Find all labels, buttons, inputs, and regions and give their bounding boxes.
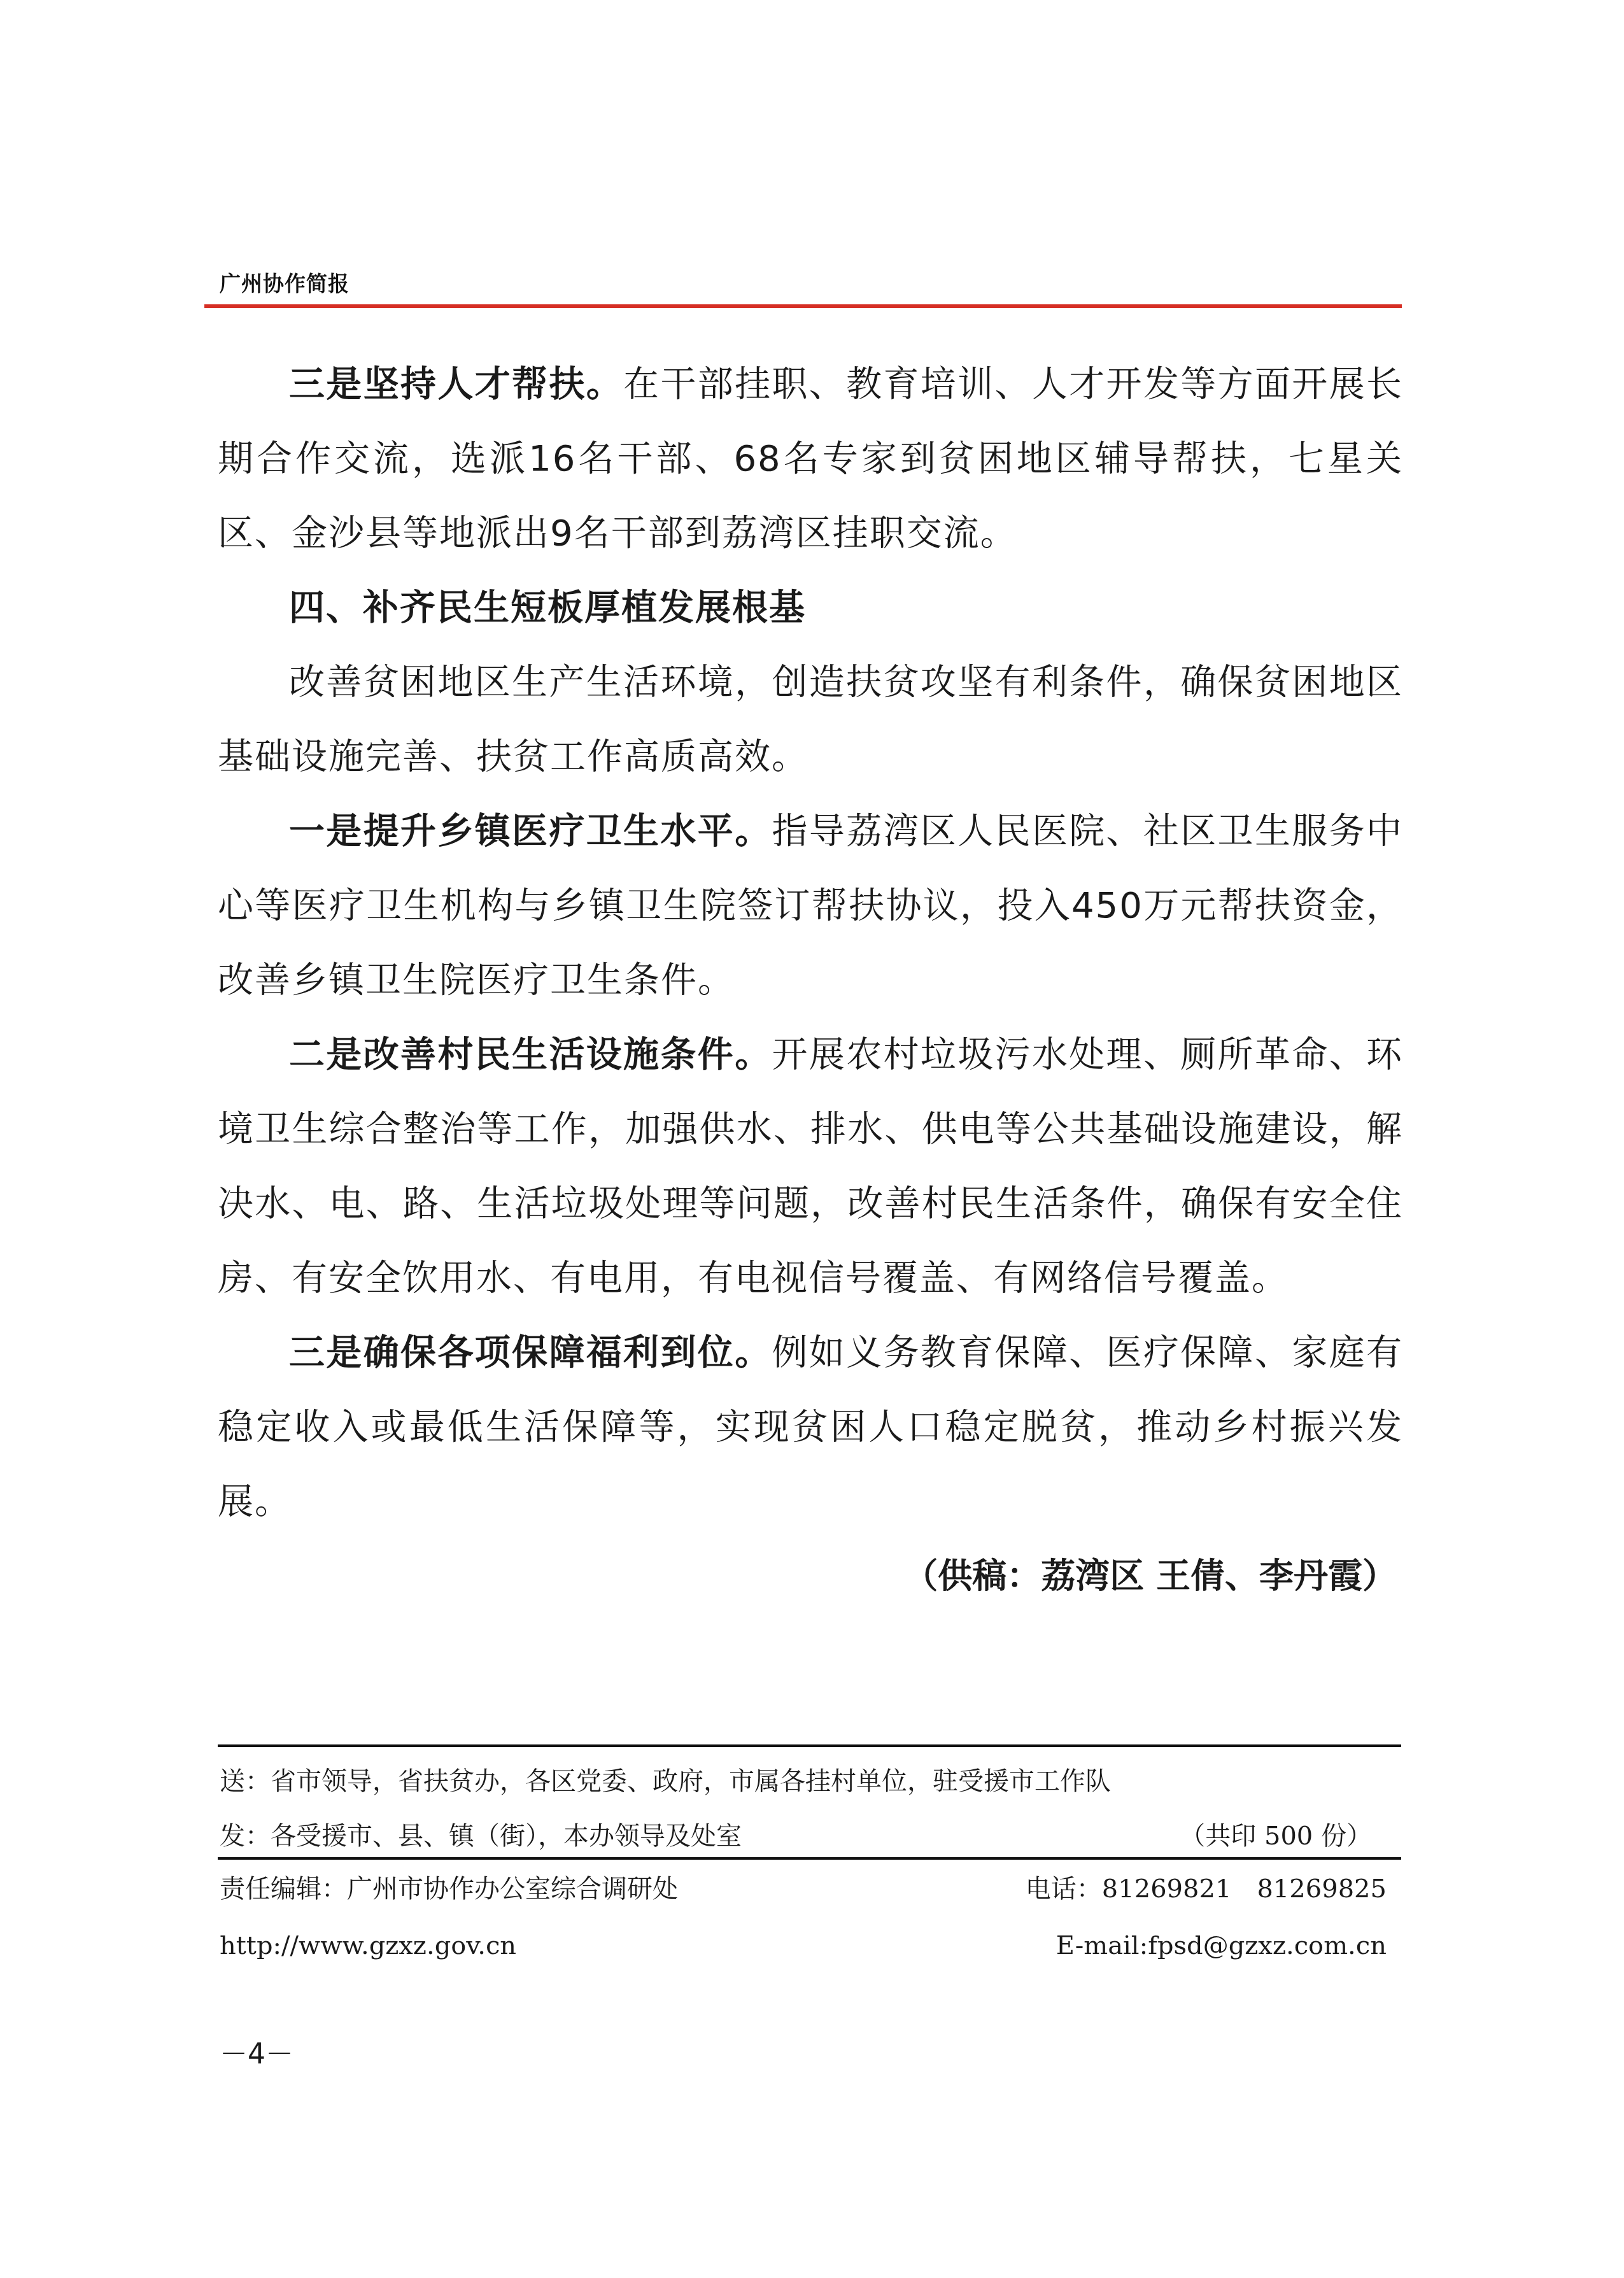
website-link[interactable]: http://www.gzxz.gov.cn [220, 1931, 516, 1960]
paragraph-lead: 三是确保各项保障福利到位。 [289, 1332, 772, 1373]
paragraph-lead: 二是改善村民生活设施条件。 [289, 1034, 772, 1075]
document-body: 三是坚持人才帮扶。在干部挂职、教育培训、人才开发等方面开展长期合作交流，选派16… [218, 347, 1403, 1613]
footer-top-rule [218, 1744, 1401, 1747]
send-to-line: 送：省市领导，省扶贫办，各区党委、政府，市属各挂村单位，驻受援市工作队 [220, 1761, 1401, 1797]
paragraph-medical: 一是提升乡镇医疗卫生水平。指导荔湾区人民医院、社区卫生服务中心等医疗卫生机构与乡… [218, 794, 1403, 1017]
distribute-line: 发：各受援市、县、镇（街），本办领导及处室 （共印 500 份） [220, 1816, 1401, 1852]
paragraph-lead: 三是坚持人才帮扶。 [289, 364, 623, 405]
footer-middle-rule [218, 1857, 1401, 1860]
distribute-to: 发：各受援市、县、镇（街），本办领导及处室 [220, 1822, 742, 1851]
paragraph-welfare: 三是确保各项保障福利到位。例如义务教育保障、医疗保障、家庭有稳定收入或最低生活保… [218, 1315, 1403, 1539]
paragraph-lead: 一是提升乡镇医疗卫生水平。 [289, 810, 772, 852]
publication-title: 广州协作简报 [220, 267, 350, 297]
header-red-rule [204, 304, 1402, 308]
contact-line: http://www.gzxz.gov.cn E-mail:fpsd@gzxz.… [220, 1931, 1401, 1960]
print-count: （共印 500 份） [1180, 1816, 1372, 1852]
paragraph-intro: 改善贫困地区生产生活环境，创造扶贫攻坚有利条件，确保贫困地区基础设施完善、扶贫工… [218, 645, 1403, 794]
paragraph-living-facilities: 二是改善村民生活设施条件。开展农村垃圾污水处理、厕所革命、环境卫生综合整治等工作… [218, 1017, 1403, 1315]
paragraph-talent-support: 三是坚持人才帮扶。在干部挂职、教育培训、人才开发等方面开展长期合作交流，选派16… [218, 347, 1403, 570]
responsible-editor: 责任编辑：广州市协作办公室综合调研处 [220, 1874, 678, 1904]
paragraph-text: 改善贫困地区生产生活环境，创造扶贫攻坚有利条件，确保贫困地区基础设施完善、扶贫工… [218, 661, 1403, 777]
contributor-credit: （供稿：荔湾区 王倩、李丹霞） [218, 1539, 1403, 1613]
editor-line: 责任编辑：广州市协作办公室综合调研处 电话：81269821 81269825 [220, 1869, 1401, 1905]
page-number: －4－ [220, 2031, 293, 2072]
email-link[interactable]: E-mail:fpsd@gzxz.com.cn [1056, 1931, 1387, 1960]
section-heading: 四、补齐民生短板厚植发展根基 [218, 570, 1403, 645]
phone-numbers: 电话：81269821 81269825 [1026, 1869, 1387, 1905]
